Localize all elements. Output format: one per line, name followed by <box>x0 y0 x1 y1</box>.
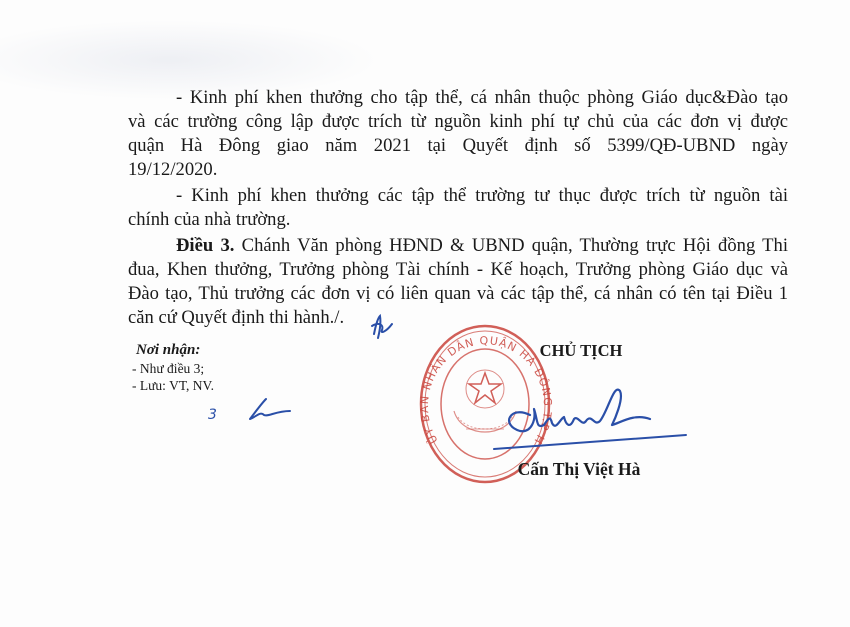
text-line: đua, Khen thưởng, Trưởng phòng Tài chính… <box>128 258 788 282</box>
text-line: - Kinh phí khen thưởng cho tập thể, cá n… <box>128 86 788 110</box>
text-line: và các trường công lập được trích từ ngu… <box>128 110 788 134</box>
text-line: quận Hà Đông giao năm 2021 tại Quyết địn… <box>128 134 788 158</box>
signatory-name: Cấn Thị Việt Hà <box>504 459 654 480</box>
document-page: - Kinh phí khen thưởng cho tập thể, cá n… <box>0 0 850 627</box>
handwritten-signature-icon <box>490 375 700 455</box>
recipient-item: - Lưu: VT, NV. <box>132 377 214 394</box>
paragraph-funding-public: - Kinh phí khen thưởng cho tập thể, cá n… <box>128 86 788 182</box>
recipients-title: Nơi nhận: <box>136 341 214 360</box>
article-3: Điều 3. Chánh Văn phòng HĐND & UBND quận… <box>128 234 788 330</box>
handwritten-initial-icon <box>368 312 398 340</box>
paragraph-funding-private: - Kinh phí khen thưởng các tập thể trườn… <box>128 184 788 232</box>
signatory-title: CHỦ TỊCH <box>526 341 636 361</box>
text-line: Đào tạo, Thủ trưởng các đơn vị có liên q… <box>128 282 788 306</box>
text-line: chính của nhà trường. <box>128 208 788 232</box>
article-label: Điều 3. <box>176 235 234 256</box>
text-line: - Kinh phí khen thưởng các tập thể trườn… <box>128 184 788 208</box>
svg-text:3: 3 <box>208 407 217 423</box>
handwritten-count-icon: 3 <box>200 397 300 425</box>
recipients-block: Nơi nhận: - Như điều 3; - Lưu: VT, NV. <box>132 341 214 394</box>
text-line: Điều 3. Chánh Văn phòng HĐND & UBND quận… <box>128 234 788 258</box>
text-line: 19/12/2020. <box>128 158 788 182</box>
recipient-item: - Như điều 3; <box>132 360 214 377</box>
